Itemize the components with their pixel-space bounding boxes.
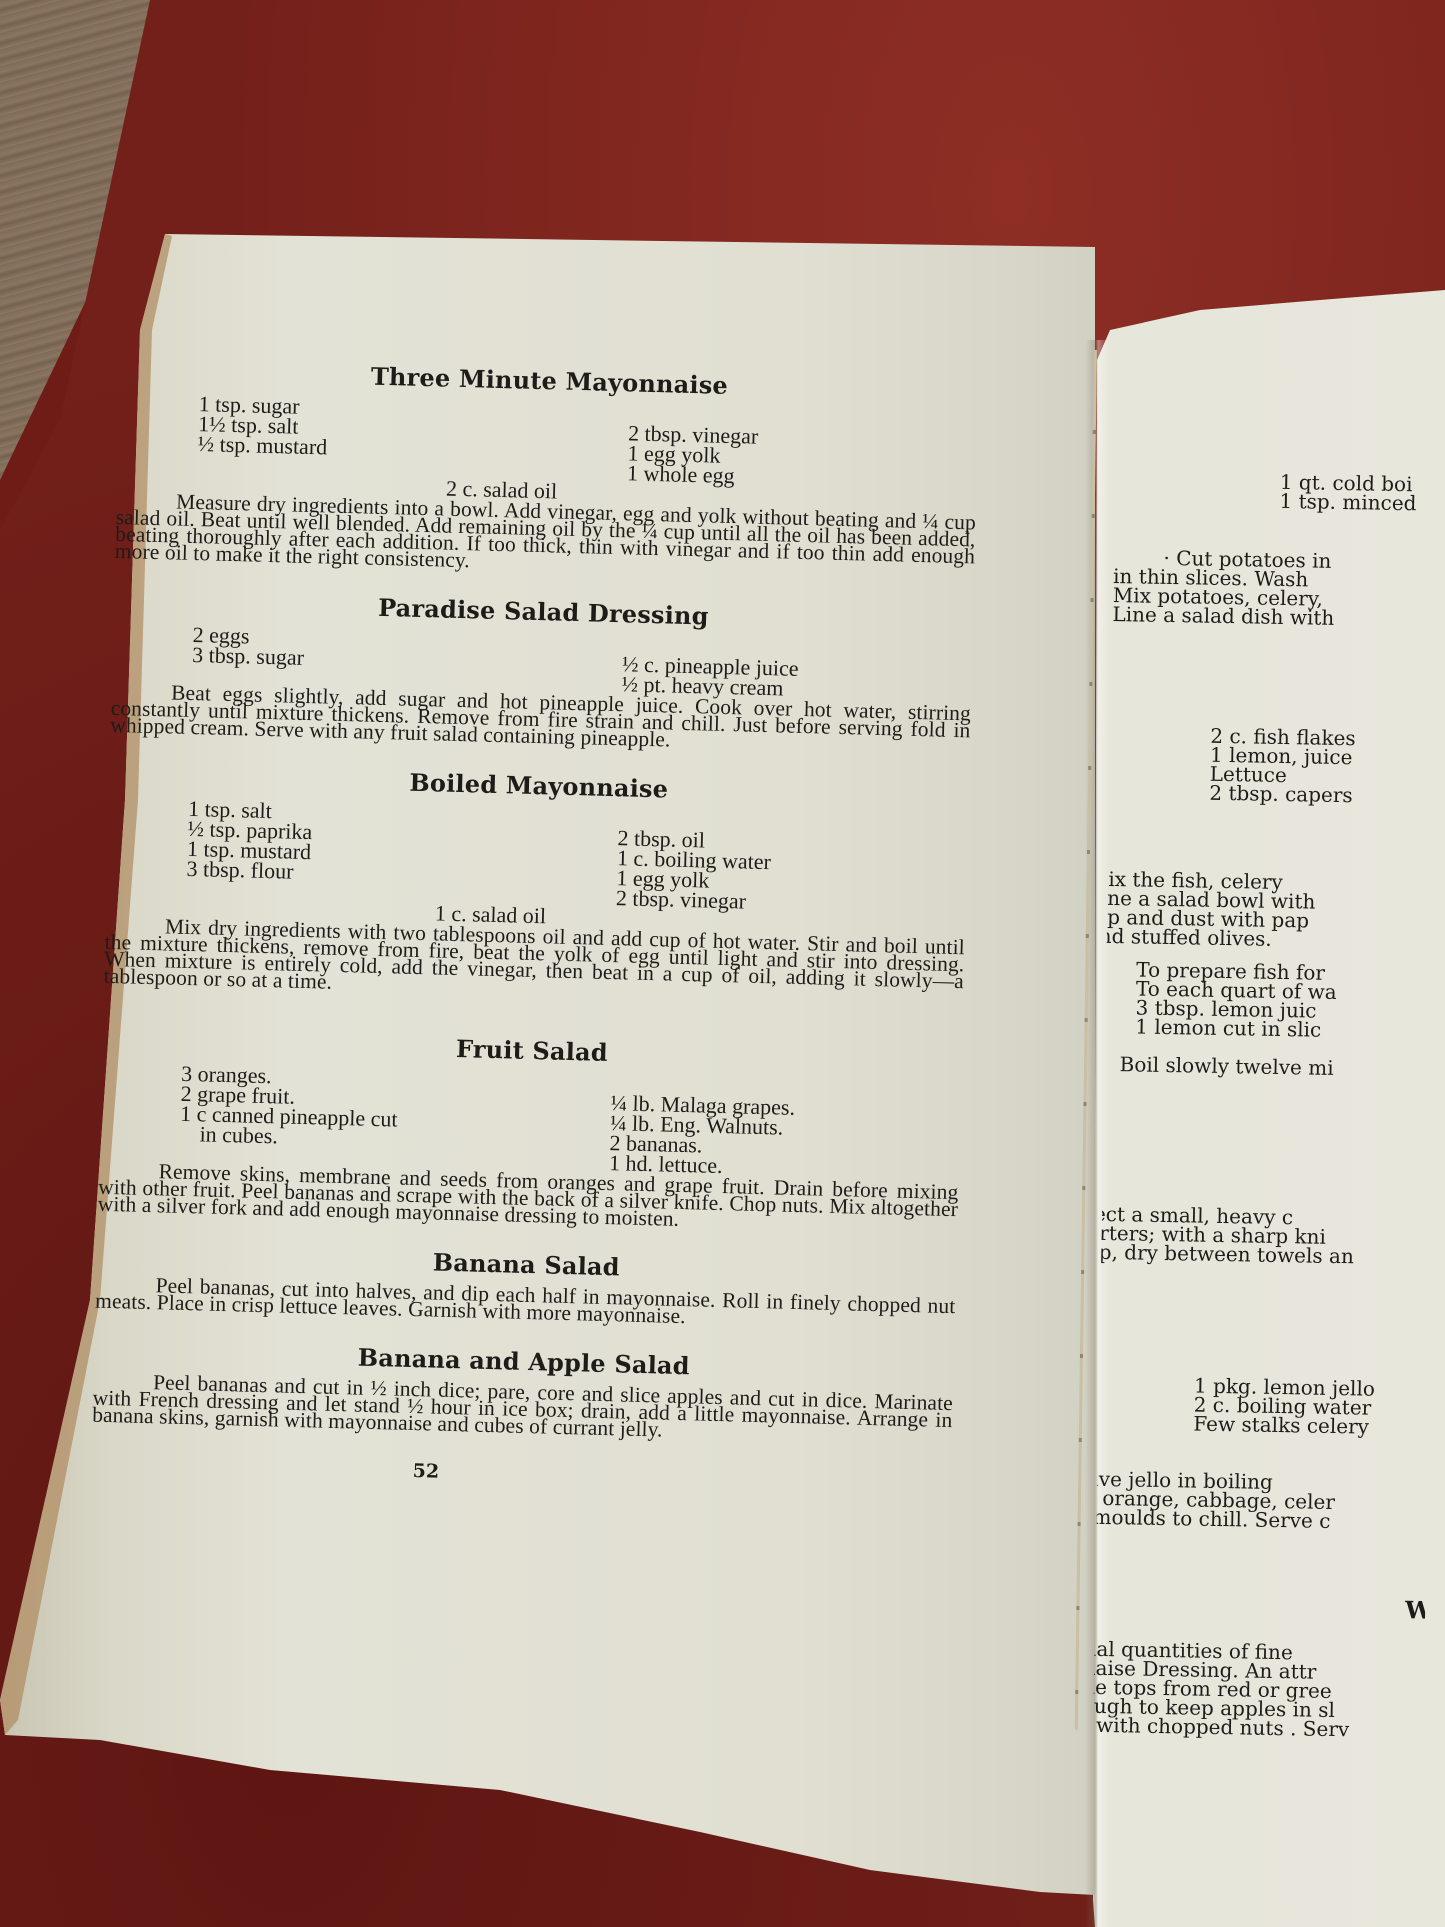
ingredient: Few stalks celery bbox=[1193, 1415, 1374, 1437]
recipe-paradise-salad-dressing: Paradise Salad Dressing 2 eggs 3 tbsp. s… bbox=[110, 586, 974, 756]
text-block: · Cut potatoes in in thin slices. Wash M… bbox=[1112, 548, 1335, 628]
recipe-boiled-mayonnaise: Boiled Mayonnaise 1 tsp. salt ½ tsp. pap… bbox=[104, 760, 970, 1007]
text-block: To prepare fish for To each quart of wa … bbox=[1105, 960, 1337, 1040]
left-page-content: Three Minute Mayonnaise 1 tsp. sugar 1½ … bbox=[91, 355, 980, 1496]
text-block: Select a small, heavy c quarters; with a… bbox=[1092, 1204, 1354, 1266]
recipe-banana-salad: Banana Salad Peel bananas, cut into halv… bbox=[95, 1239, 957, 1332]
text-block: Mix the fish, celery Line a salad bowl w… bbox=[1092, 870, 1316, 950]
ingredient: 2 tbsp. capers bbox=[1209, 784, 1355, 806]
open-cookbook: Three Minute Mayonnaise 1 tsp. sugar 1½ … bbox=[0, 0, 1445, 1927]
text-line: Line a salad dish with bbox=[1112, 605, 1334, 628]
text-line: crisp, dry between towels an bbox=[1092, 1242, 1354, 1266]
right-page-content: 1 qt. cold boi 1 tsp. minced · Cut potat… bbox=[1092, 470, 1445, 1776]
text-block: Boil slowly twelve mi bbox=[1104, 1055, 1333, 1078]
text-line: garnish with chopped nuts . Serv bbox=[1092, 1714, 1349, 1739]
text-block: Mix equal quantities of fine Mayonnaise … bbox=[1092, 1638, 1350, 1739]
text-line: oiled moulds to chill. Serve c bbox=[1092, 1507, 1334, 1531]
text-line: 1 tsp. minced bbox=[1279, 492, 1416, 513]
ingredient-list: 2 c. fish flakes 1 lemon, juice Lettuce … bbox=[1109, 725, 1356, 805]
ingredient-list: 1 pkg. lemon jello 2 c. boiling water Fe… bbox=[1098, 1375, 1375, 1437]
recipe-fruit-salad: Fruit Salad 3 oranges. 2 grape fruit. 1 … bbox=[98, 1025, 963, 1235]
text-line: Boil slowly twelve mi bbox=[1119, 1055, 1333, 1078]
recipe-three-minute-mayonnaise: Three Minute Mayonnaise 1 tsp. sugar 1½ … bbox=[115, 355, 980, 582]
text-block: Dissolve jello in boiling pared orange, … bbox=[1092, 1469, 1335, 1531]
text-line: 1 lemon cut in slic bbox=[1135, 1017, 1336, 1040]
recipe-banana-and-apple-salad: Banana and Apple Salad Peel bananas and … bbox=[92, 1336, 954, 1446]
text-block: 1 qt. cold boi 1 tsp. minced bbox=[1114, 470, 1417, 513]
